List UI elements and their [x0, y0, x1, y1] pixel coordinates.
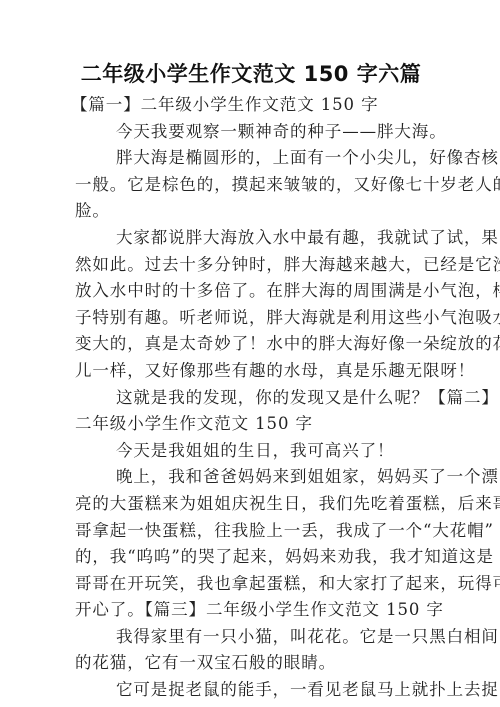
text-line: 它可是捉老鼠的能手，一看见老鼠马上就扑上去捉 — [75, 677, 427, 704]
text-line: 的，我“呜呜”的哭了起来，妈妈来劝我，我才知道这是 — [75, 544, 427, 571]
text-line: 哥哥在开玩笑，我也拿起蛋糕，和大家打了起来，玩得可 — [75, 571, 427, 598]
section-heading-2: 二年级小学生作文范文 150 字 — [75, 411, 427, 438]
text-line: 一般。它是棕色的，摸起来皱皱的，又好像七十岁老人的 — [75, 172, 427, 199]
text-line: 今天我要观察一颗神奇的种子——胖大海。 — [75, 119, 427, 146]
document-body: 【篇一】二年级小学生作文范文 150 字 今天我要观察一颗神奇的种子——胖大海。… — [75, 92, 427, 704]
text-line: 晚上，我和爸爸妈妈来到姐姐家，妈妈买了一个漂 — [75, 464, 427, 491]
text-line: 亮的大蛋糕来为姐姐庆祝生日，我们先吃着蛋糕，后来哥 — [75, 491, 427, 518]
text-line: 今天是我姐姐的生日，我可高兴了！ — [75, 438, 427, 465]
text-line: 然如此。过去十多分钟时，胖大海越来越大，已经是它没 — [75, 252, 427, 279]
section-heading-3: 开心了。【篇三】二年级小学生作文范文 150 字 — [75, 597, 427, 624]
text-line: 子特别有趣。听老师说，胖大海就是利用这些小气泡吸水 — [75, 305, 427, 332]
text-line: 哥拿起一快蛋糕，往我脸上一丢，我成了一个“大花帽” — [75, 518, 427, 545]
text-line: 胖大海是椭圆形的，上面有一个小尖儿，好像杏核 — [75, 145, 427, 172]
section-heading-1: 【篇一】二年级小学生作文范文 150 字 — [71, 92, 427, 119]
text-line: 我得家里有一只小猫，叫花花。它是一只黑白相间 — [75, 624, 427, 651]
document-page: 二年级小学生作文范文 150 字六篇 【篇一】二年级小学生作文范文 150 字 … — [75, 58, 427, 704]
text-line: 脸。 — [75, 198, 427, 225]
text-line: 儿一样，又好像那些有趣的水母，真是乐趣无限呀！ — [75, 358, 427, 385]
text-line: 的花猫，它有一双宝石般的眼睛。 — [75, 650, 427, 677]
text-line: 变大的，真是太奇妙了！水中的胖大海好像一朵绽放的花 — [75, 331, 427, 358]
text-line: 这就是我的发现，你的发现又是什么呢？【篇二】 — [75, 385, 427, 412]
text-line: 放入水中时的十多倍了。在胖大海的周围满是小气泡，样 — [75, 278, 427, 305]
text-line: 大家都说胖大海放入水中最有趣，我就试了试，果 — [75, 225, 427, 252]
document-title: 二年级小学生作文范文 150 字六篇 — [69, 58, 433, 90]
